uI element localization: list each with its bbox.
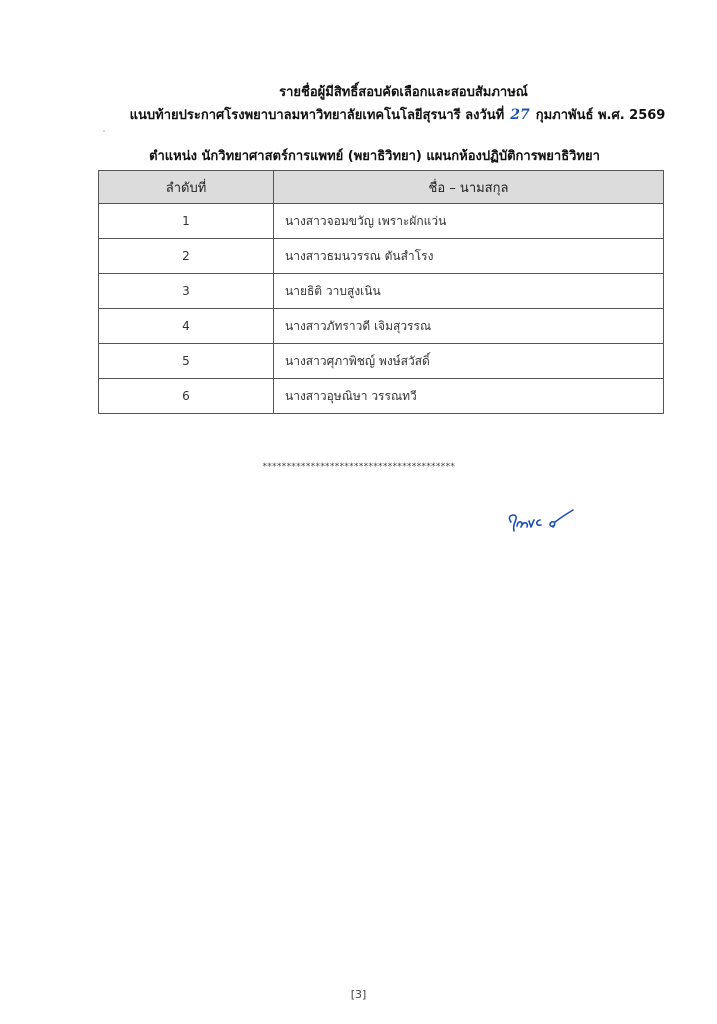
row-candidate-name: นางสาวจอมขวัญ เพราะผักแว่น bbox=[274, 204, 664, 239]
table-row: 2นางสาวธมนวรรณ ตันสำโรง bbox=[99, 239, 664, 274]
table-header-row: ลำดับที่ ชื่อ – นามสกุล bbox=[99, 171, 664, 204]
table-row: 4นางสาวภัทราวดี เจิมสุวรรณ bbox=[99, 309, 664, 344]
row-order-number: 5 bbox=[99, 344, 274, 379]
title-line-1: รายชื่อผู้มีสิทธิ์สอบคัดเลือกและสอบสัมภา… bbox=[279, 85, 528, 100]
table-row: 5นางสาวศุภาพิชญ์ พงษ์สวัสดิ์ bbox=[99, 344, 664, 379]
candidates-table: ลำดับที่ ชื่อ – นามสกุล 1นางสาวจอมขวัญ เ… bbox=[98, 170, 664, 414]
page-number: [3] bbox=[0, 988, 717, 1001]
end-separator: **************************************** bbox=[262, 462, 455, 472]
column-header-name: ชื่อ – นามสกุล bbox=[274, 171, 664, 204]
row-order-number: 6 bbox=[99, 379, 274, 414]
signature-icon bbox=[505, 502, 585, 538]
table-body: 1นางสาวจอมขวัญ เพราะผักแว่น2นางสาวธมนวรร… bbox=[99, 204, 664, 414]
row-candidate-name: นางสาวอุษณิษา วรรณทวี bbox=[274, 379, 664, 414]
column-header-order: ลำดับที่ bbox=[99, 171, 274, 204]
announcement-text: แนบท้ายประกาศโรงพยาบาลมหาวิทยาลัยเทคโนโล… bbox=[130, 108, 505, 123]
document-title: รายชื่อผู้มีสิทธิ์สอบคัดเลือกและสอบสัมภา… bbox=[0, 82, 717, 104]
position-heading: ตำแหน่ง นักวิทยาศาสตร์การแพทย์ (พยาธิวิท… bbox=[0, 146, 717, 168]
announcement-reference: แนบท้ายประกาศโรงพยาบาลมหาวิทยาลัยเทคโนโล… bbox=[0, 104, 717, 127]
table-row: 3นายธิติ วาบสูงเนิน bbox=[99, 274, 664, 309]
row-order-number: 1 bbox=[99, 204, 274, 239]
announcement-date: กุมภาพันธ์ พ.ศ. 2569 bbox=[536, 108, 666, 123]
row-candidate-name: นางสาวภัทราวดี เจิมสุวรรณ bbox=[274, 309, 664, 344]
row-candidate-name: นางสาวศุภาพิชญ์ พงษ์สวัสดิ์ bbox=[274, 344, 664, 379]
handwritten-date-day: 27 bbox=[510, 107, 529, 123]
table-row: 6นางสาวอุษณิษา วรรณทวี bbox=[99, 379, 664, 414]
scan-artifact bbox=[103, 130, 105, 132]
row-candidate-name: นายธิติ วาบสูงเนิน bbox=[274, 274, 664, 309]
row-order-number: 4 bbox=[99, 309, 274, 344]
table-row: 1นางสาวจอมขวัญ เพราะผักแว่น bbox=[99, 204, 664, 239]
row-candidate-name: นางสาวธมนวรรณ ตันสำโรง bbox=[274, 239, 664, 274]
row-order-number: 2 bbox=[99, 239, 274, 274]
row-order-number: 3 bbox=[99, 274, 274, 309]
